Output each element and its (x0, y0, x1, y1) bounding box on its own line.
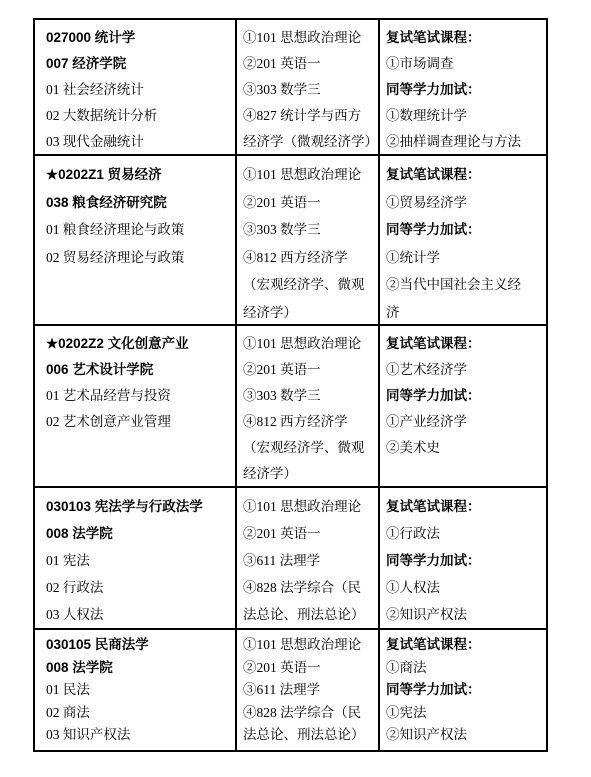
program-cell: ★0202Z2 文化创意产业006 艺术设计学院01 艺术品经营与投资02 艺术… (35, 326, 237, 488)
text-line: ②知识产权法 (386, 724, 542, 747)
text-line: 复试笔试课程： (386, 493, 542, 520)
program-cell: ★0202Z1 贸易经济038 粮食经济研究院01 粮食经济理论与政策02 贸易… (35, 156, 237, 326)
text-line: 008 法学院 (46, 657, 231, 680)
program-cell: 027000 统计学007 经济学院01 社会经济统计02 大数据统计分析03 … (35, 20, 237, 156)
text-line: 经济学） (243, 461, 374, 487)
text-line: ①101 思想政治理论 (243, 25, 374, 51)
text-line: 济 (386, 299, 542, 327)
text-line: 02 大数据统计分析 (46, 103, 231, 129)
text-line: ①行政法 (386, 520, 542, 547)
text-line: 01 社会经济统计 (46, 77, 231, 103)
text-line: 02 艺术创意产业管理 (46, 409, 231, 435)
text-line: ①商法 (386, 657, 542, 680)
text-line: ④827 统计学与西方 (243, 103, 374, 129)
text-line: 008 法学院 (46, 520, 231, 547)
text-line: ③303 数学三 (243, 383, 374, 409)
text-line: ②当代中国社会主义经 (386, 271, 542, 299)
text-line: ①市场调查 (386, 51, 542, 77)
text-line: ④812 西方经济学 (243, 244, 374, 272)
text-line: ①数理统计学 (386, 103, 542, 129)
text-line: ★0202Z2 文化创意产业 (46, 331, 231, 357)
text-line: 01 宪法 (46, 547, 231, 574)
text-line: ②201 英语一 (243, 51, 374, 77)
text-line: 同等学力加试： (386, 383, 542, 409)
text-line: ①人权法 (386, 574, 542, 601)
program-cell: 030105 民商法学008 法学院01 民法02 商法03 知识产权法 (35, 630, 237, 750)
text-line: ②201 英语一 (243, 357, 374, 383)
text-line: 复试笔试课程： (386, 161, 542, 189)
text-line: 02 行政法 (46, 574, 231, 601)
text-line: ②201 英语一 (243, 657, 374, 680)
text-line: 03 知识产权法 (46, 724, 231, 747)
exam-subjects-cell: ①101 思想政治理论②201 英语一③303 数学三④812 西方经济学（宏观… (237, 326, 380, 488)
text-line: 复试笔试课程： (386, 634, 542, 657)
text-line: 法总论、刑法总论） (243, 724, 374, 747)
text-line: 01 艺术品经营与投资 (46, 383, 231, 409)
text-line: ①宪法 (386, 702, 542, 725)
text-line: ③611 法理学 (243, 547, 374, 574)
retest-cell: 复试笔试课程：①市场调查同等学力加试：①数理统计学②抽样调查理论与方法 (380, 20, 546, 156)
text-line: ①贸易经济学 (386, 189, 542, 217)
text-line: ①艺术经济学 (386, 357, 542, 383)
retest-cell: 复试笔试课程：①艺术经济学同等学力加试：①产业经济学②美术史 (380, 326, 546, 488)
text-line: ②知识产权法 (386, 601, 542, 628)
retest-cell: 复试笔试课程：①行政法同等学力加试：①人权法②知识产权法 (380, 488, 546, 630)
text-line: ①101 思想政治理论 (243, 493, 374, 520)
text-line: ②201 英语一 (243, 189, 374, 217)
text-line: 复试笔试课程： (386, 25, 542, 51)
text-line: 038 粮食经济研究院 (46, 189, 231, 217)
text-line: 同等学力加试： (386, 679, 542, 702)
text-line: ①101 思想政治理论 (243, 634, 374, 657)
text-line: ②美术史 (386, 435, 542, 461)
text-line: 01 民法 (46, 679, 231, 702)
text-line: 027000 统计学 (46, 25, 231, 51)
text-line: 同等学力加试： (386, 216, 542, 244)
exam-subjects-cell: ①101 思想政治理论②201 英语一③611 法理学④828 法学综合（民法总… (237, 488, 380, 630)
text-line: ★0202Z1 贸易经济 (46, 161, 231, 189)
text-line: （宏观经济学、微观 (243, 271, 374, 299)
text-line: 经济学） (243, 299, 374, 327)
exam-subjects-cell: ①101 思想政治理论②201 英语一③303 数学三④812 西方经济学（宏观… (237, 156, 380, 326)
text-line: 02 贸易经济理论与政策 (46, 244, 231, 272)
text-line: 经济学（微观经济学） (243, 129, 374, 155)
text-line: ①101 思想政治理论 (243, 331, 374, 357)
retest-cell: 复试笔试课程：①贸易经济学同等学力加试：①统计学②当代中国社会主义经济 (380, 156, 546, 326)
text-line: 同等学力加试： (386, 547, 542, 574)
text-line: ④812 西方经济学 (243, 409, 374, 435)
text-line: 030103 宪法学与行政法学 (46, 493, 231, 520)
program-cell: 030103 宪法学与行政法学008 法学院01 宪法02 行政法03 人权法 (35, 488, 237, 630)
text-line: 03 现代金融统计 (46, 129, 231, 155)
text-line: 006 艺术设计学院 (46, 357, 231, 383)
text-line: 复试笔试课程： (386, 331, 542, 357)
exam-subjects-cell: ①101 思想政治理论②201 英语一③611 法理学④828 法学综合（民法总… (237, 630, 380, 750)
text-line: 法总论、刑法总论） (243, 601, 374, 628)
text-line: 007 经济学院 (46, 51, 231, 77)
text-line: ④828 法学综合（民 (243, 574, 374, 601)
text-line: ②201 英语一 (243, 520, 374, 547)
text-line: （宏观经济学、微观 (243, 435, 374, 461)
exam-subjects-cell: ①101 思想政治理论②201 英语一③303 数学三④827 统计学与西方经济… (237, 20, 380, 156)
text-line: 030105 民商法学 (46, 634, 231, 657)
text-line: ③303 数学三 (243, 77, 374, 103)
admissions-table: 027000 统计学007 经济学院01 社会经济统计02 大数据统计分析03 … (33, 18, 548, 752)
text-line: ③303 数学三 (243, 216, 374, 244)
retest-cell: 复试笔试课程：①商法同等学力加试：①宪法②知识产权法 (380, 630, 546, 750)
text-line: ②抽样调查理论与方法 (386, 129, 542, 155)
text-line: 02 商法 (46, 702, 231, 725)
text-line: 同等学力加试： (386, 77, 542, 103)
text-line: 01 粮食经济理论与政策 (46, 216, 231, 244)
text-line: ①产业经济学 (386, 409, 542, 435)
text-line: ④828 法学综合（民 (243, 702, 374, 725)
text-line: ①101 思想政治理论 (243, 161, 374, 189)
text-line: ①统计学 (386, 244, 542, 272)
text-line: ③611 法理学 (243, 679, 374, 702)
text-line: 03 人权法 (46, 601, 231, 628)
